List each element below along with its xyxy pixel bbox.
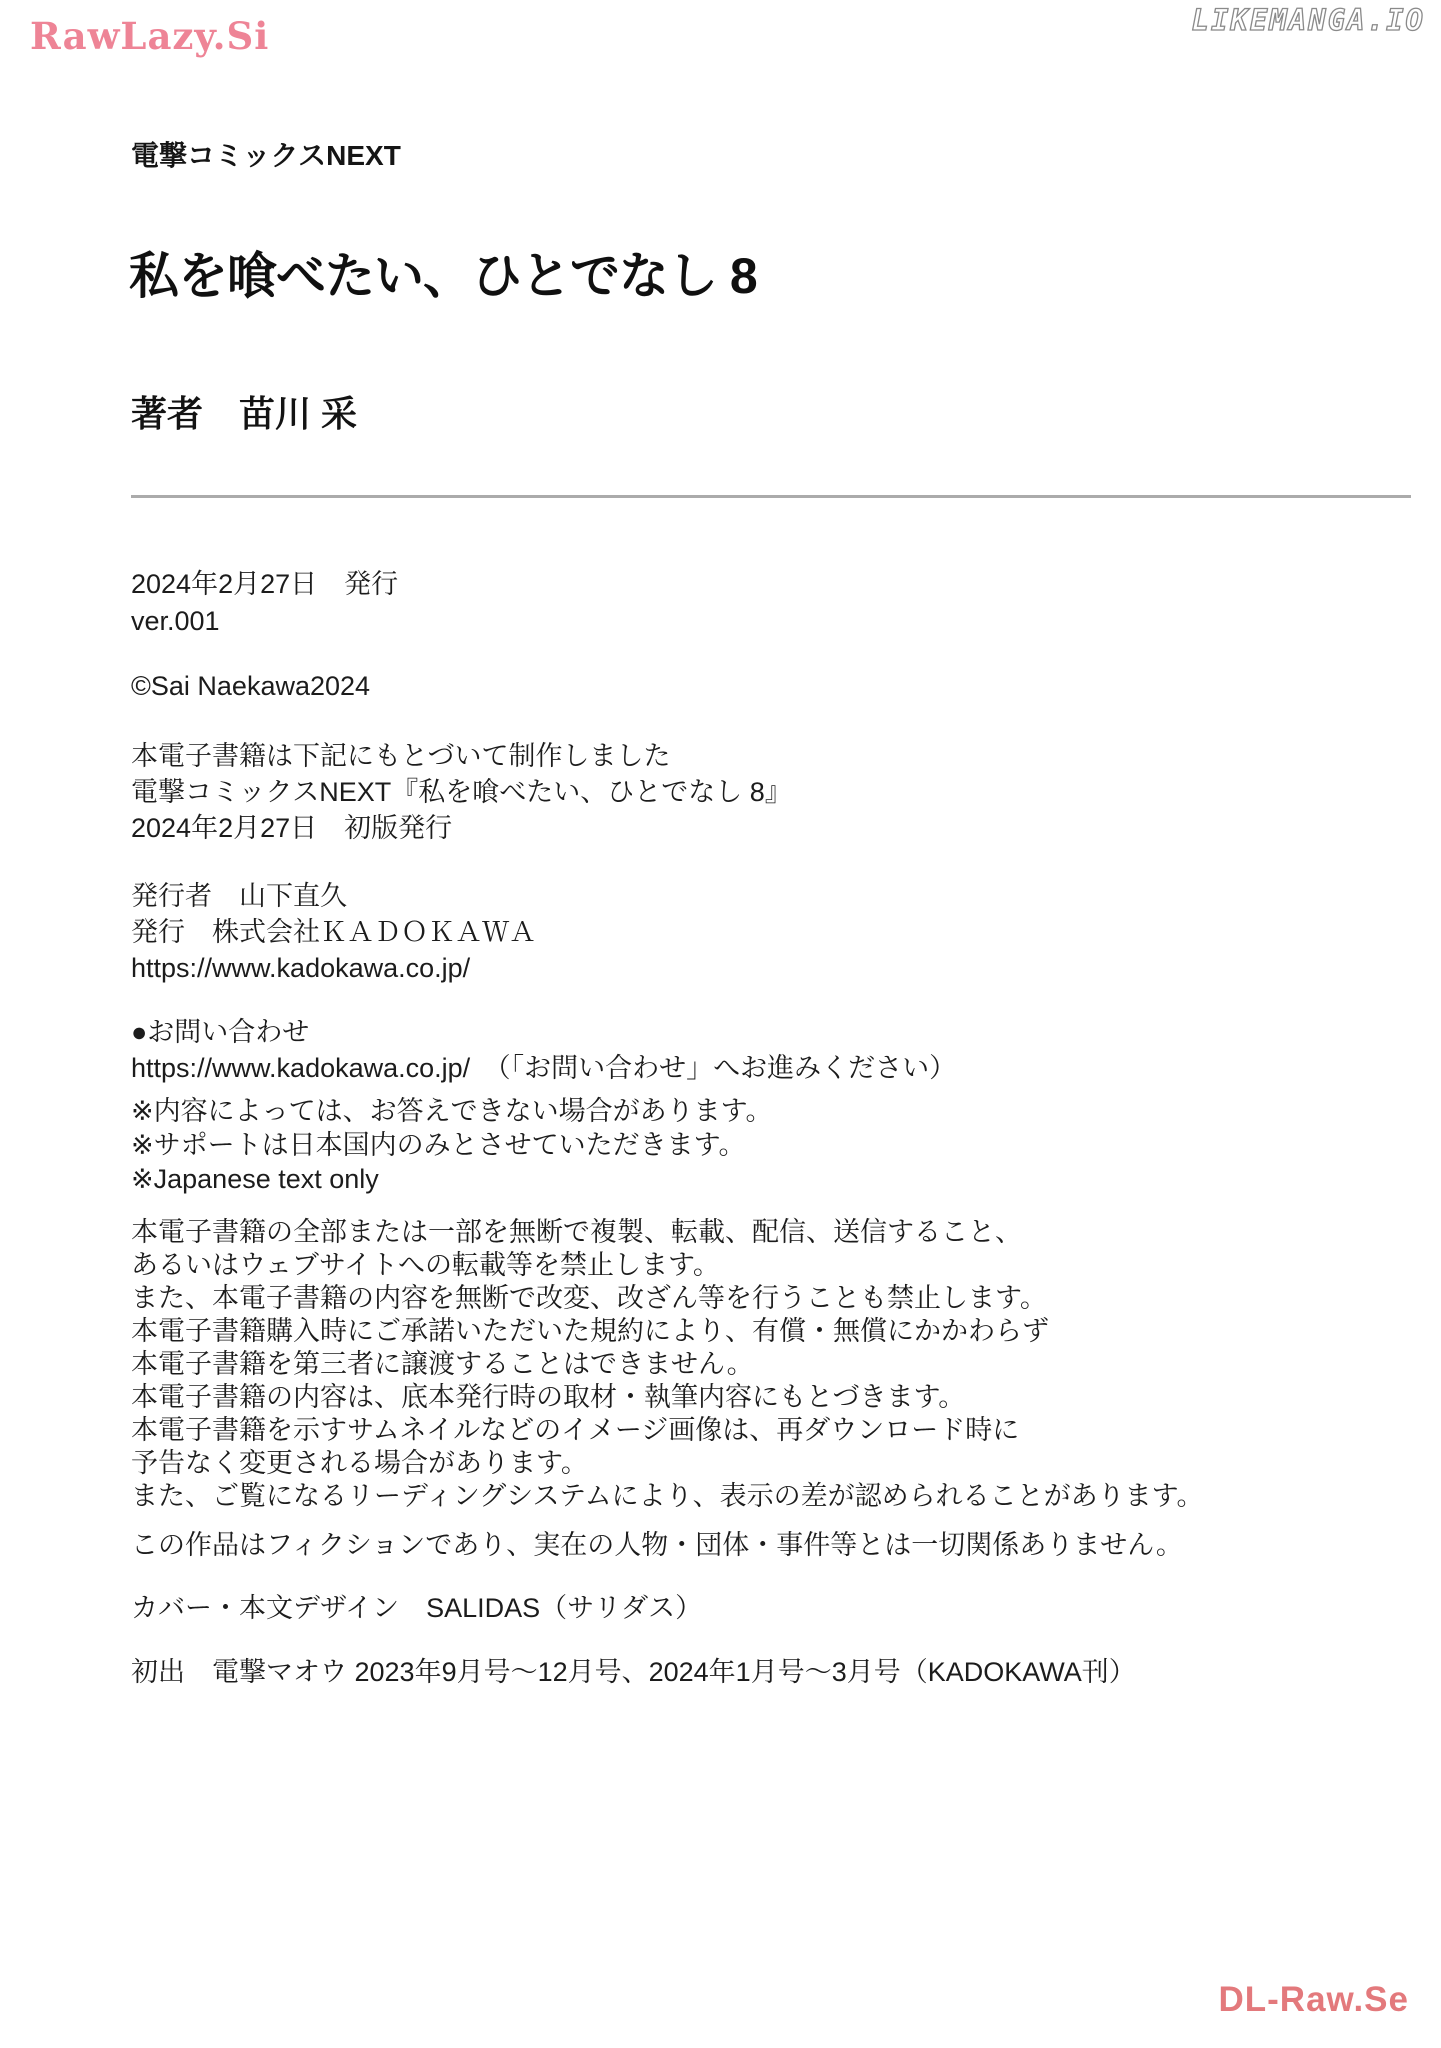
fiction-disclaimer: この作品はフィクションであり、実在の人物・団体・事件等とは一切関係ありません。 (131, 1528, 1183, 1562)
watermark-likemanga: LIKEMANGA.IO (1191, 3, 1425, 37)
source-note-line: 2024年2月27日 初版発行 (131, 810, 792, 846)
publication-info: 2024年2月27日 発行 ver.001 (131, 566, 398, 640)
watermark-dlraw: DL-Raw.Se (1218, 1980, 1409, 2020)
author-line: 著者 苗川 采 (131, 386, 357, 437)
legal-line: あるいはウェブサイトへの転載等を禁止します。 (131, 1249, 1203, 1282)
legal-line: 本電子書籍を示すサムネイルなどのイメージ画像は、再ダウンロード時に (131, 1414, 1203, 1447)
publisher-block: 発行者 山下直久 発行 株式会社ＫＡＤＯＫＡＷＡ https://www.kad… (131, 878, 536, 986)
contact-note-line: ※サポートは日本国内のみとさせていただきます。 (131, 1128, 772, 1162)
contact-notes-block: ※内容によっては、お答えできない場合があります。 ※サポートは日本国内のみとさせ… (131, 1094, 772, 1196)
copyright-block: ©Sai Naekawa2024 (131, 668, 370, 704)
contact-note-line: ※Japanese text only (131, 1162, 772, 1196)
contact-block: ●お問い合わせ https://www.kadokawa.co.jp/ （「お問… (131, 1014, 956, 1086)
legal-line: 予告なく変更される場合があります。 (131, 1447, 1203, 1480)
legal-line: 本電子書籍の内容は、底本発行時の取材・執筆内容にもとづきます。 (131, 1381, 1203, 1414)
publisher-company-line: 発行 株式会社ＫＡＤＯＫＡＷＡ (131, 914, 536, 950)
contact-note-line: ※内容によっては、お答えできない場合があります。 (131, 1094, 772, 1128)
divider-rule (131, 495, 1411, 498)
legal-line: 本電子書籍の全部または一部を無断で複製、転載、配信、送信すること、 (131, 1216, 1203, 1249)
first-publication: 初出 電撃マオウ 2023年9月号～12月号、2024年1月号～3月号（KADO… (131, 1655, 1136, 1689)
publisher-person-line: 発行者 山下直久 (131, 878, 536, 914)
source-note-line: 電撃コミックスNEXT『私を喰べたい、ひとでなし 8』 (131, 774, 792, 810)
design-credit: カバー・本文デザイン SALIDAS（サリダス） (131, 1591, 702, 1625)
legal-line: 本電子書籍を第三者に譲渡することはできません。 (131, 1348, 1203, 1381)
contact-url-line: https://www.kadokawa.co.jp/ （「お問い合わせ」へお進… (131, 1050, 956, 1086)
contact-heading: ●お問い合わせ (131, 1014, 956, 1050)
book-title: 私を喰べたい、ひとでなし 8 (129, 236, 757, 308)
colophon-page: RawLazy.Si LIKEMANGA.IO DL-Raw.Se 電撃コミック… (0, 0, 1441, 2048)
legal-line: また、ご覧になるリーディングシステムにより、表示の差が認められることがあります。 (131, 1480, 1203, 1513)
imprint-label: 電撃コミックスNEXT (131, 134, 401, 174)
publisher-url: https://www.kadokawa.co.jp/ (131, 950, 536, 986)
first-publication-line: 初出 電撃マオウ 2023年9月号～12月号、2024年1月号～3月号（KADO… (131, 1655, 1136, 1689)
copyright-line: ©Sai Naekawa2024 (131, 668, 370, 704)
source-note-block: 本電子書籍は下記にもとづいて制作しました 電撃コミックスNEXT『私を喰べたい、… (131, 738, 792, 846)
design-credit-line: カバー・本文デザイン SALIDAS（サリダス） (131, 1591, 702, 1625)
legal-block: 本電子書籍の全部または一部を無断で複製、転載、配信、送信すること、 あるいはウェ… (131, 1216, 1203, 1513)
publication-date-line: 2024年2月27日 発行 (131, 566, 398, 603)
watermark-rawlazy: RawLazy.Si (30, 14, 269, 58)
publication-version: ver.001 (131, 603, 398, 640)
fiction-disclaimer-line: この作品はフィクションであり、実在の人物・団体・事件等とは一切関係ありません。 (131, 1528, 1183, 1562)
source-note-line: 本電子書籍は下記にもとづいて制作しました (131, 738, 792, 774)
legal-line: また、本電子書籍の内容を無断で改変、改ざん等を行うことも禁止します。 (131, 1282, 1203, 1315)
legal-line: 本電子書籍購入時にご承諾いただいた規約により、有償・無償にかかわらず (131, 1315, 1203, 1348)
